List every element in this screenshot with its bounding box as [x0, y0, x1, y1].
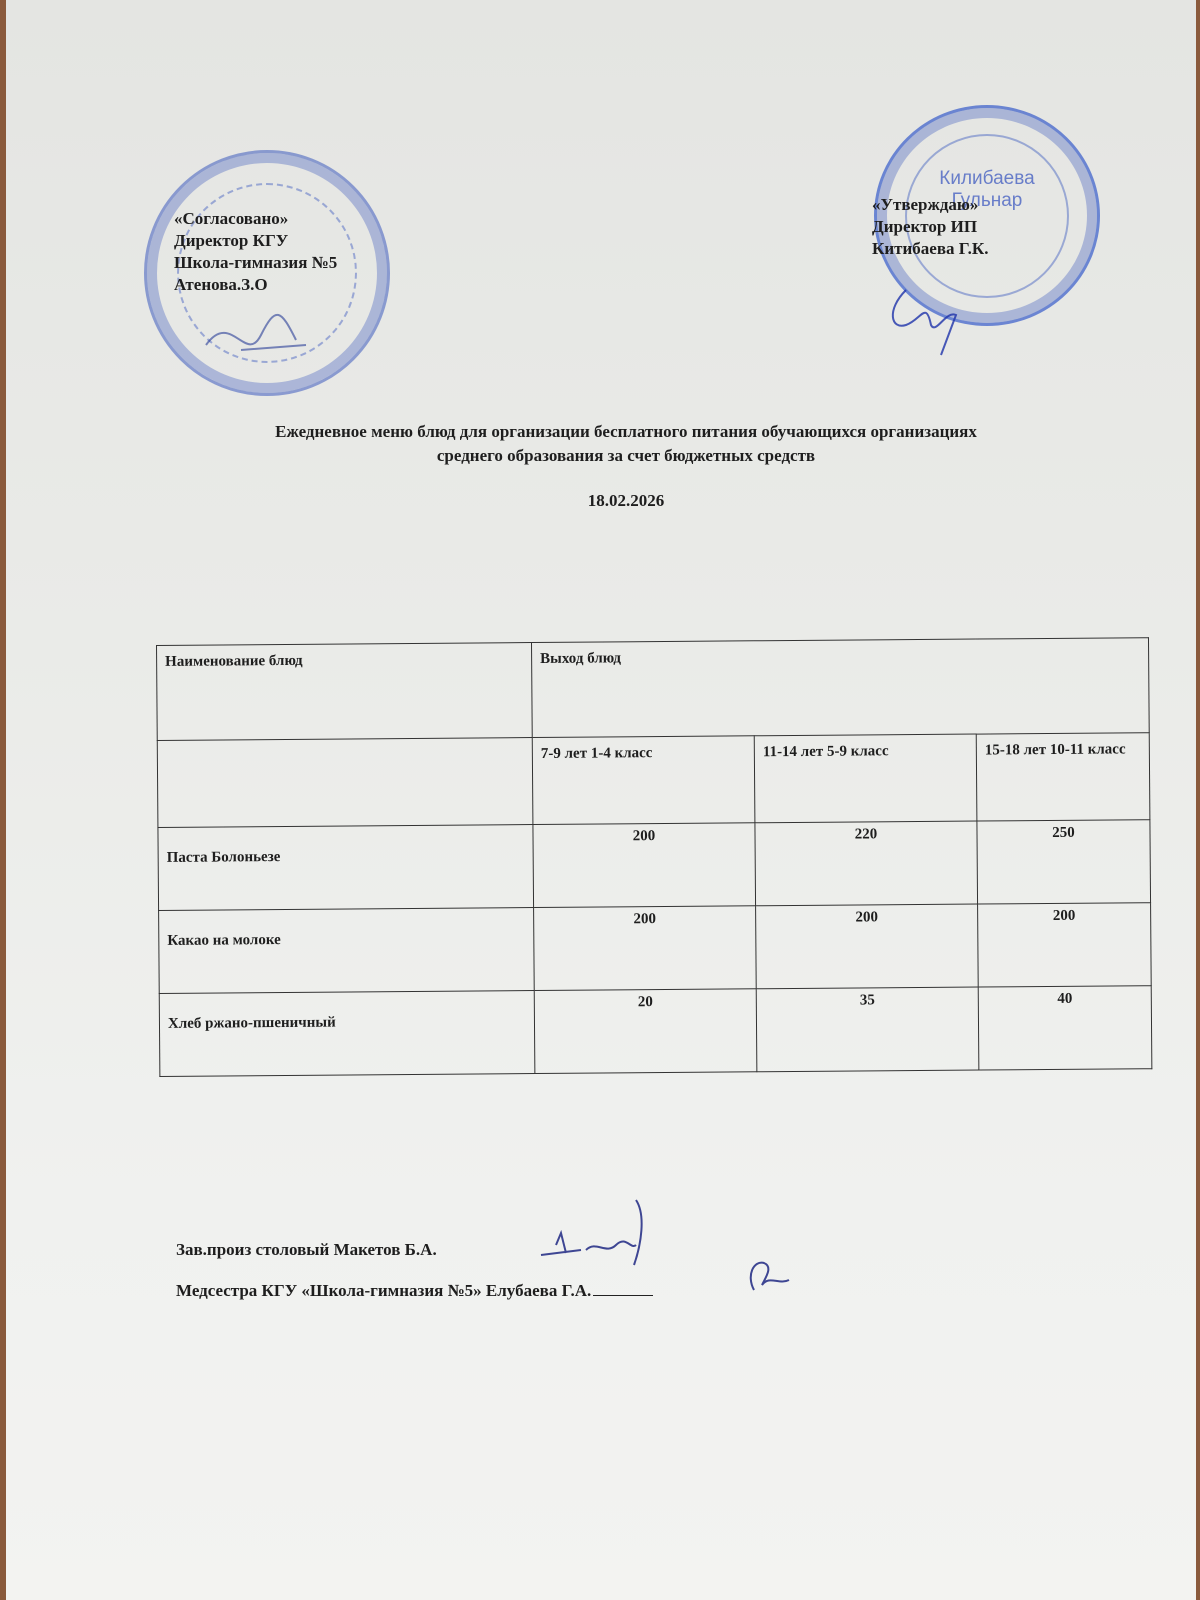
signatory-canteen-manager: Зав.произ столовый Макетов Б.А.	[176, 1240, 437, 1259]
table-header-row: Наименование блюд Выход блюд	[157, 638, 1150, 741]
table-row: Паста Болоньезе 200 220 250	[158, 820, 1151, 911]
approval-organization: Школа-гимназия №5	[174, 252, 337, 274]
document-title: Ежедневное меню блюд для организации бес…	[166, 420, 1086, 468]
signature-line-canteen-manager: Зав.произ столовый Макетов Б.А.	[176, 1240, 437, 1260]
signature-director-school	[201, 305, 311, 365]
dish-output: 40	[978, 986, 1152, 1070]
signature-canteen-manager	[536, 1195, 666, 1270]
dish-output: 200	[756, 904, 979, 989]
approval-position: Директор КГУ	[174, 230, 337, 252]
dish-output: 35	[756, 987, 979, 1072]
dish-output: 200	[978, 903, 1152, 987]
approval-person: Атенова.З.О	[174, 274, 337, 296]
title-line-2: среднего образования за счет бюджетных с…	[166, 444, 1086, 468]
empty-cell	[157, 738, 533, 828]
signature-underline	[593, 1295, 653, 1296]
approval-block-approved: «Утверждаю» Директор ИП Китибаева Г.К.	[872, 194, 988, 260]
table-row: Какао на молоке 200 200 200	[159, 903, 1152, 994]
age-group-header: 7-9 лет 1-4 класс	[532, 736, 755, 825]
dish-output: 200	[534, 906, 757, 991]
approval-position: Директор ИП	[872, 216, 988, 238]
dish-output: 250	[977, 820, 1151, 904]
signature-line-nurse: Медсестра КГУ «Школа-гимназия №5» Елубае…	[176, 1281, 653, 1301]
seal-name-line1: Килибаева	[877, 168, 1097, 190]
header-dish-name: Наименование блюд	[157, 643, 533, 741]
signatory-nurse: Медсестра КГУ «Школа-гимназия №5» Елубае…	[176, 1281, 591, 1300]
approval-block-agreed: «Согласовано» Директор КГУ Школа-гимнази…	[174, 208, 337, 296]
approval-heading: «Согласовано»	[174, 208, 337, 230]
signature-nurse	[744, 1255, 794, 1295]
age-group-header: 15-18 лет 10-11 класс	[976, 733, 1150, 821]
table-age-group-row: 7-9 лет 1-4 класс 11-14 лет 5-9 класс 15…	[157, 733, 1150, 828]
age-group-header: 11-14 лет 5-9 класс	[754, 734, 977, 823]
dish-output: 200	[533, 823, 756, 908]
approval-person: Китибаева Г.К.	[872, 238, 988, 260]
table-row: Хлеб ржано-пшеничный 20 35 40	[159, 986, 1152, 1077]
dish-name: Какао на молоке	[159, 908, 535, 994]
approval-heading: «Утверждаю»	[872, 194, 988, 216]
header-output: Выход блюд	[531, 638, 1149, 738]
document-page: Килибаева Гульнар «Согласовано» Директор…	[6, 0, 1196, 1600]
dish-output: 220	[755, 821, 978, 906]
dish-name: Хлеб ржано-пшеничный	[159, 991, 535, 1077]
document-date: 18.02.2026	[166, 491, 1086, 511]
dish-name: Паста Болоньезе	[158, 825, 534, 911]
signature-director-ip	[886, 280, 976, 360]
title-line-1: Ежедневное меню блюд для организации бес…	[166, 420, 1086, 444]
menu-table: Наименование блюд Выход блюд 7-9 лет 1-4…	[156, 637, 1152, 1077]
dish-output: 20	[534, 989, 757, 1074]
